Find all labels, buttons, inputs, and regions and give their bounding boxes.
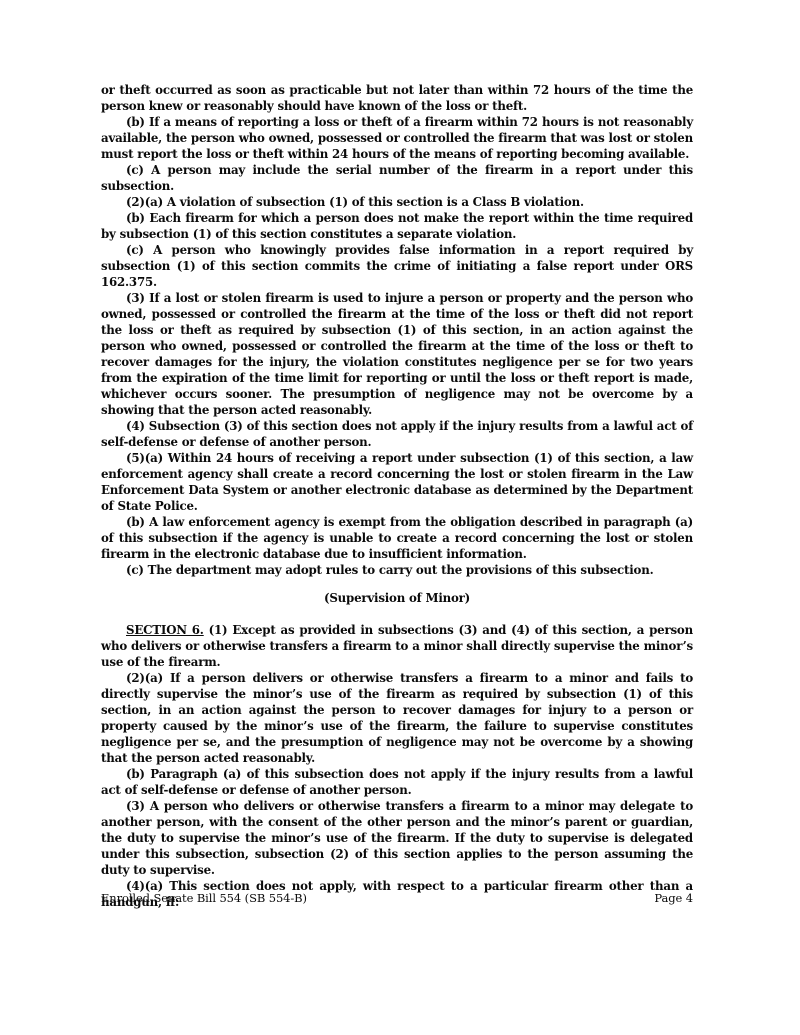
paragraph: (b) If a means of reporting a loss or th… — [101, 114, 693, 162]
paragraph: (c) A person may include the serial numb… — [101, 162, 693, 194]
section-6-label: SECTION 6. — [126, 623, 204, 637]
paragraph: (b) Paragraph (a) of this subsection doe… — [101, 766, 693, 798]
paragraph: (b) A law enforcement agency is exempt f… — [101, 514, 693, 562]
subheading-supervision-of-minor: (Supervision of Minor) — [101, 590, 693, 606]
paragraph: (5)(a) Within 24 hours of receiving a re… — [101, 450, 693, 514]
paragraph: or theft occurred as soon as practicable… — [101, 82, 693, 114]
paragraph: (b) Each firearm for which a person does… — [101, 210, 693, 242]
paragraph: (3) A person who delivers or otherwise t… — [101, 798, 693, 878]
paragraph: (2)(a) A violation of subsection (1) of … — [101, 194, 693, 210]
paragraph: (c) The department may adopt rules to ca… — [101, 562, 693, 578]
page-footer: Enrolled Senate Bill 554 (SB 554-B) Page… — [101, 891, 693, 905]
paragraph: (c) A person who knowingly provides fals… — [101, 242, 693, 290]
paragraph: (2)(a) If a person delivers or otherwise… — [101, 670, 693, 766]
document-page: or theft occurred as soon as practicable… — [0, 0, 800, 1035]
paragraph-section-6: SECTION 6. (1) Except as provided in sub… — [101, 622, 693, 670]
paragraph: (4) Subsection (3) of this section does … — [101, 418, 693, 450]
footer-page-number: Page 4 — [654, 891, 693, 905]
paragraph: (3) If a lost or stolen firearm is used … — [101, 290, 693, 418]
document-body: or theft occurred as soon as practicable… — [101, 82, 693, 910]
footer-bill-title: Enrolled Senate Bill 554 (SB 554-B) — [101, 891, 307, 905]
